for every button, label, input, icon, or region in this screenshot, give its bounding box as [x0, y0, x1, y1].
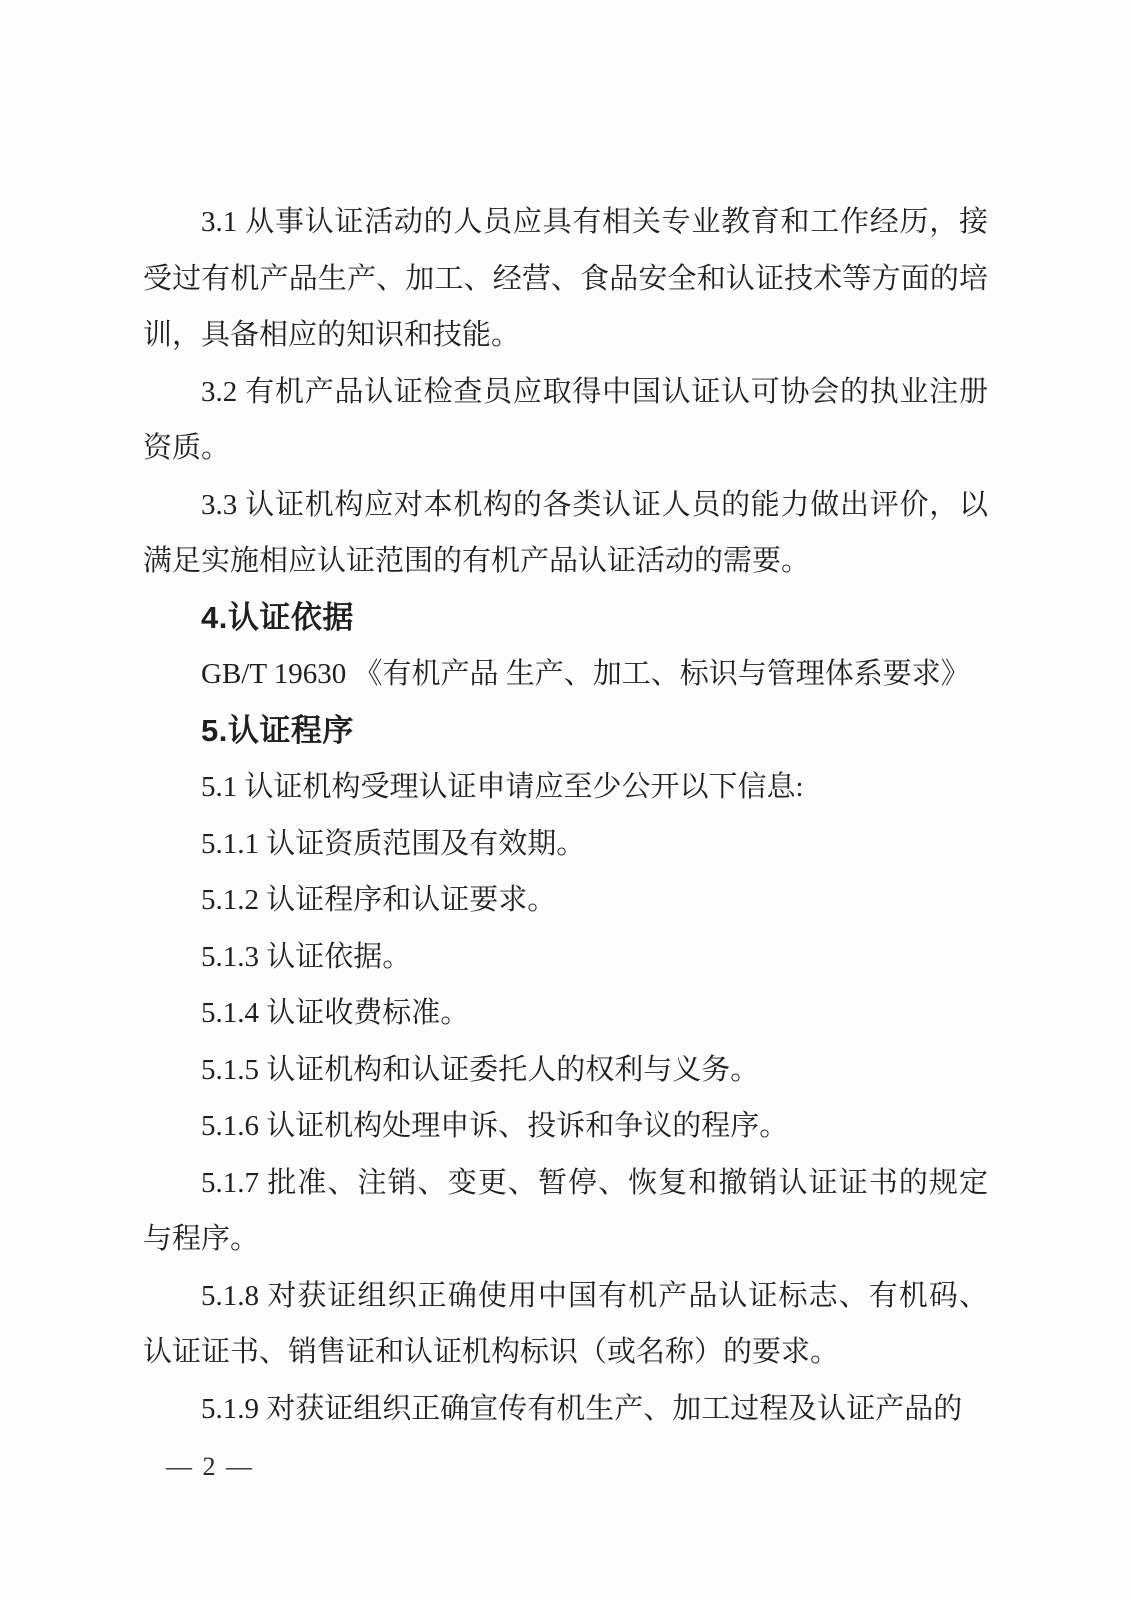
document-page: 3.1 从事认证活动的人员应具有相关专业教育和工作经历，接受过有机产品生产、加工… — [0, 0, 1131, 1600]
para-5-1-3: 5.1.3 认证依据。 — [143, 929, 988, 986]
heading-5: 5.认证程序 — [143, 703, 988, 760]
document-body: 3.1 从事认证活动的人员应具有相关专业教育和工作经历，接受过有机产品生产、加工… — [143, 194, 988, 1437]
para-5-1-8: 5.1.8 对获证组织正确使用中国有机产品认证标志、有机码、认证证书、销售证和认… — [143, 1268, 988, 1381]
para-3-2: 3.2 有机产品认证检查员应取得中国认证认可协会的执业注册资质。 — [143, 364, 988, 477]
para-5-1-4: 5.1.4 认证收费标准。 — [143, 985, 988, 1042]
para-3-1: 3.1 从事认证活动的人员应具有相关专业教育和工作经历，接受过有机产品生产、加工… — [143, 194, 988, 364]
heading-4: 4.认证依据 — [143, 590, 988, 647]
para-5-1: 5.1 认证机构受理认证申请应至少公开以下信息: — [143, 759, 988, 816]
para-3-3: 3.3 认证机构应对本机构的各类认证人员的能力做出评价，以满足实施相应认证范围的… — [143, 477, 988, 590]
para-5-1-1: 5.1.1 认证资质范围及有效期。 — [143, 816, 988, 873]
para-5-1-7: 5.1.7 批准、注销、变更、暂停、恢复和撤销认证证书的规定与程序。 — [143, 1155, 988, 1268]
para-5-1-9: 5.1.9 对获证组织正确宣传有机生产、加工过程及认证产品的 — [143, 1381, 988, 1438]
para-4-gbt: GB/T 19630 《有机产品 生产、加工、标识与管理体系要求》 — [143, 646, 988, 703]
para-5-1-6: 5.1.6 认证机构处理申诉、投诉和争议的程序。 — [143, 1098, 988, 1155]
para-5-1-5: 5.1.5 认证机构和认证委托人的权利与义务。 — [143, 1042, 988, 1099]
page-number: — 2 — — [166, 1452, 254, 1482]
para-5-1-2: 5.1.2 认证程序和认证要求。 — [143, 872, 988, 929]
